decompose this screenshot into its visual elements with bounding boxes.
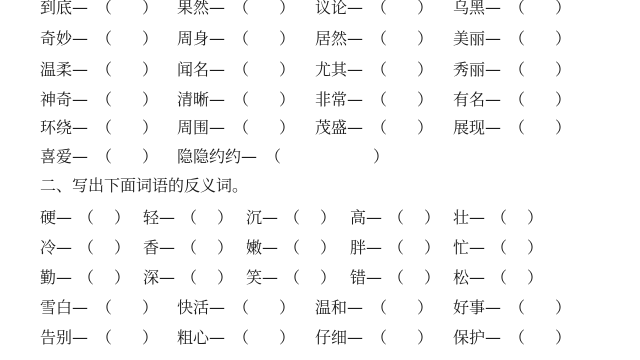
- answer-blank-open[interactable]: （: [509, 27, 525, 51]
- answer-blank-open[interactable]: （: [284, 266, 300, 290]
- section-heading: 二、写出下面词语的反义词。: [40, 174, 248, 198]
- answer-blank-close[interactable]: ）: [527, 236, 543, 260]
- answer-blank-open[interactable]: （: [509, 58, 525, 82]
- answer-blank-open[interactable]: （: [284, 236, 300, 260]
- answer-blank-close[interactable]: ）: [279, 116, 295, 140]
- answer-blank-open[interactable]: （: [78, 206, 94, 230]
- word-label: 硬—: [40, 206, 72, 230]
- answer-blank-close[interactable]: ）: [373, 145, 389, 169]
- word-label: 轻—: [143, 206, 175, 230]
- answer-blank-close[interactable]: ）: [417, 116, 433, 140]
- word-label: 松—: [453, 266, 485, 290]
- answer-blank-close[interactable]: ）: [279, 326, 295, 350]
- answer-blank-close[interactable]: ）: [114, 236, 130, 260]
- vocab-row: 温柔—（）闻名—（）尤其—（）秀丽—（）: [0, 58, 640, 82]
- antonym-row: 雪白—（）快活—（）温和—（）好事—（）: [0, 296, 640, 320]
- answer-blank-open[interactable]: （: [388, 266, 404, 290]
- word-label: 胖—: [350, 236, 382, 260]
- answer-blank-open[interactable]: （: [96, 296, 112, 320]
- word-label: 秀丽—: [453, 58, 501, 82]
- answer-blank-open[interactable]: （: [233, 296, 249, 320]
- answer-blank-close[interactable]: ）: [555, 296, 571, 320]
- word-label: 忙—: [453, 236, 485, 260]
- antonym-row: 冷—（）香—（）嫩—（）胖—（）忙—（）: [0, 236, 640, 260]
- word-label: 温柔—: [40, 58, 88, 82]
- word-label: 隐隐约约—: [177, 145, 257, 169]
- answer-blank-open[interactable]: （: [181, 266, 197, 290]
- word-label: 闻名—: [177, 58, 225, 82]
- answer-blank-open[interactable]: （: [371, 116, 387, 140]
- word-label: 周身—: [177, 27, 225, 51]
- answer-blank-close[interactable]: ）: [217, 206, 233, 230]
- answer-blank-close[interactable]: ）: [279, 27, 295, 51]
- word-label: 好事—: [453, 296, 501, 320]
- answer-blank-close[interactable]: ）: [417, 27, 433, 51]
- answer-blank-open[interactable]: （: [233, 116, 249, 140]
- word-label: 清晰—: [177, 88, 225, 112]
- word-label: 雪白—: [40, 296, 88, 320]
- word-label: 周围—: [177, 116, 225, 140]
- answer-blank-open[interactable]: （: [509, 88, 525, 112]
- answer-blank-close[interactable]: ）: [527, 266, 543, 290]
- answer-blank-open[interactable]: （: [371, 58, 387, 82]
- answer-blank-close[interactable]: ）: [142, 326, 158, 350]
- word-label: 喜爱—: [40, 145, 88, 169]
- answer-blank-open[interactable]: （: [96, 27, 112, 51]
- answer-blank-close[interactable]: ）: [142, 296, 158, 320]
- answer-blank-open[interactable]: （: [78, 236, 94, 260]
- answer-blank-open[interactable]: （: [284, 206, 300, 230]
- word-label: 壮—: [453, 206, 485, 230]
- answer-blank-close[interactable]: ）: [279, 0, 295, 20]
- answer-blank-open[interactable]: （: [78, 266, 94, 290]
- answer-blank-close[interactable]: ）: [142, 116, 158, 140]
- word-label: 保护—: [453, 326, 501, 350]
- answer-blank-open[interactable]: （: [181, 206, 197, 230]
- answer-blank-open[interactable]: （: [96, 88, 112, 112]
- word-label: 粗心—: [177, 326, 225, 350]
- word-label: 居然—: [315, 27, 363, 51]
- answer-blank-close[interactable]: ）: [279, 58, 295, 82]
- antonym-row: 勤—（）深—（）笑—（）错—（）松—（）: [0, 266, 640, 290]
- answer-blank-close[interactable]: ）: [142, 145, 158, 169]
- word-label: 笑—: [246, 266, 278, 290]
- answer-blank-close[interactable]: ）: [424, 206, 440, 230]
- word-label: 美丽—: [453, 27, 501, 51]
- answer-blank-close[interactable]: ）: [424, 266, 440, 290]
- word-label: 奇妙—: [40, 27, 88, 51]
- answer-blank-close[interactable]: ）: [114, 206, 130, 230]
- word-label: 香—: [143, 236, 175, 260]
- antonym-row: 硬—（）轻—（）沉—（）高—（）壮—（）: [0, 206, 640, 230]
- answer-blank-close[interactable]: ）: [527, 206, 543, 230]
- answer-blank-close[interactable]: ）: [320, 206, 336, 230]
- answer-blank-open[interactable]: （: [388, 236, 404, 260]
- answer-blank-close[interactable]: ）: [555, 116, 571, 140]
- answer-blank-open[interactable]: （: [491, 266, 507, 290]
- answer-blank-close[interactable]: ）: [417, 296, 433, 320]
- answer-blank-open[interactable]: （: [509, 0, 525, 20]
- word-label: 到底—: [40, 0, 88, 20]
- word-label: 尤其—: [315, 58, 363, 82]
- word-label: 茂盛—: [315, 116, 363, 140]
- word-label: 果然—: [177, 0, 225, 20]
- answer-blank-open[interactable]: （: [233, 58, 249, 82]
- answer-blank-close[interactable]: ）: [320, 236, 336, 260]
- word-label: 错—: [350, 266, 382, 290]
- answer-blank-close[interactable]: ）: [417, 0, 433, 20]
- answer-blank-close[interactable]: ）: [320, 266, 336, 290]
- vocab-row: 环绕—（）周围—（）茂盛—（）展现—（）: [0, 116, 640, 140]
- answer-blank-close[interactable]: ）: [424, 236, 440, 260]
- word-label: 高—: [350, 206, 382, 230]
- answer-blank-close[interactable]: ）: [555, 326, 571, 350]
- word-label: 环绕—: [40, 116, 88, 140]
- answer-blank-close[interactable]: ）: [417, 326, 433, 350]
- answer-blank-close[interactable]: ）: [417, 88, 433, 112]
- word-label: 温和—: [315, 296, 363, 320]
- answer-blank-open[interactable]: （: [371, 326, 387, 350]
- word-label: 神奇—: [40, 88, 88, 112]
- word-label: 乌黑—: [453, 0, 501, 20]
- answer-blank-close[interactable]: ）: [142, 88, 158, 112]
- word-label: 非常—: [315, 88, 363, 112]
- answer-blank-open[interactable]: （: [509, 326, 525, 350]
- answer-blank-open[interactable]: （: [233, 88, 249, 112]
- word-label: 冷—: [40, 236, 72, 260]
- answer-blank-close[interactable]: ）: [417, 58, 433, 82]
- word-label: 嫩—: [246, 236, 278, 260]
- answer-blank-close[interactable]: ）: [555, 58, 571, 82]
- vocab-row: 奇妙—（）周身—（）居然—（）美丽—（）: [0, 27, 640, 51]
- answer-blank-close[interactable]: ）: [142, 58, 158, 82]
- answer-blank-close[interactable]: ）: [555, 27, 571, 51]
- word-label: 仔细—: [315, 326, 363, 350]
- word-label: 告别—: [40, 326, 88, 350]
- word-label: 展现—: [453, 116, 501, 140]
- word-label: 勤—: [40, 266, 72, 290]
- word-label: 议论—: [315, 0, 363, 20]
- answer-blank-open[interactable]: （: [371, 27, 387, 51]
- answer-blank-close[interactable]: ）: [142, 27, 158, 51]
- answer-blank-open[interactable]: （: [388, 206, 404, 230]
- antonym-row: 告别—（）粗心—（）仔细—（）保护—（）: [0, 326, 640, 350]
- answer-blank-close[interactable]: ）: [279, 88, 295, 112]
- answer-blank-close[interactable]: ）: [114, 266, 130, 290]
- answer-blank-open[interactable]: （: [509, 296, 525, 320]
- answer-blank-open[interactable]: （: [96, 145, 112, 169]
- word-label: 深—: [143, 266, 175, 290]
- answer-blank-open[interactable]: （: [233, 326, 249, 350]
- answer-blank-open[interactable]: （: [96, 0, 112, 20]
- answer-blank-open[interactable]: （: [96, 58, 112, 82]
- answer-blank-open[interactable]: （: [181, 236, 197, 260]
- answer-blank-open[interactable]: （: [491, 236, 507, 260]
- answer-blank-open[interactable]: （: [96, 116, 112, 140]
- answer-blank-open[interactable]: （: [96, 326, 112, 350]
- vocab-row: 神奇—（）清晰—（）非常—（）有名—（）: [0, 88, 640, 112]
- answer-blank-open[interactable]: （: [509, 116, 525, 140]
- answer-blank-open[interactable]: （: [491, 206, 507, 230]
- answer-blank-open[interactable]: （: [371, 88, 387, 112]
- answer-blank-open[interactable]: （: [233, 27, 249, 51]
- answer-blank-close[interactable]: ）: [142, 0, 158, 20]
- answer-blank-open[interactable]: （: [371, 0, 387, 20]
- answer-blank-close[interactable]: ）: [279, 296, 295, 320]
- answer-blank-open[interactable]: （: [265, 145, 281, 169]
- vocab-row: 到底—（）果然—（）议论—（）乌黑—（）: [0, 0, 640, 20]
- answer-blank-close[interactable]: ）: [555, 88, 571, 112]
- word-label: 沉—: [246, 206, 278, 230]
- answer-blank-open[interactable]: （: [233, 0, 249, 20]
- answer-blank-close[interactable]: ）: [217, 236, 233, 260]
- word-label: 快活—: [177, 296, 225, 320]
- answer-blank-open[interactable]: （: [371, 296, 387, 320]
- answer-blank-close[interactable]: ）: [555, 0, 571, 20]
- answer-blank-close[interactable]: ）: [217, 266, 233, 290]
- vocab-row: 喜爱—（）隐隐约约—（）: [0, 145, 640, 169]
- word-label: 有名—: [453, 88, 501, 112]
